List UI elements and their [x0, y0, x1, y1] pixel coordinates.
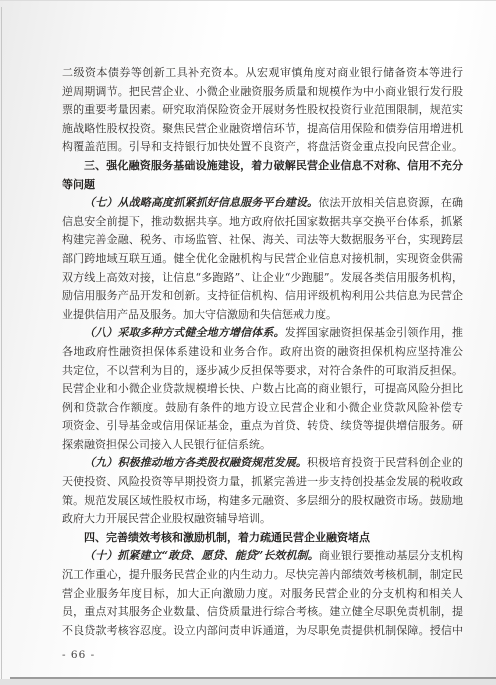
text-line: 探索融资担保公司接入人民银行征信系统。	[62, 436, 463, 455]
text-line: （八）采取多种方式健全地方增信体系。发挥国家融资担保基金引领作用，推动	[62, 324, 463, 343]
text-line: 沉工作重心，提升服务民营企业的内生动力。尽快完善内部绩效考核机制，制定民	[62, 566, 463, 585]
text-line: 四、完善绩效考核和激励机制，着力疏通民营企业融资堵点	[62, 529, 463, 548]
text-line: 例和贷款合作额度。鼓励有条件的地方设立民营企业和小微企业贷款风险补偿专	[62, 399, 463, 418]
paragraph-continuation: 二级资本债券等创新工具补充资本。从宏观审慎角度对商业银行储备资本等进行逆周期调节…	[62, 64, 463, 157]
text-line: 部门跨地域互联互通。健全优化金融机构与民营企业信息对接机制，实现资金供需	[62, 250, 463, 269]
text-line: 三、强化融资服务基础设施建设，着力破解民营企业信息不对称、信用不充分	[62, 157, 463, 176]
text-line: （十）抓紧建立“敢贷、愿贷、能贷”长效机制。商业银行要推动基层分支机构下	[62, 547, 463, 566]
text-line: 构覆盖范围。引导和支持银行加快处置不良资产，将盘活资金重点投向民营企业。	[62, 138, 463, 157]
text-line: 员，重点对其服务企业数量、信贷质量进行综合考核。建立健全尽职免责机制，提高	[62, 603, 463, 622]
text-line: 业提供信用产品及服务。加大守信激励和失信惩戒力度。	[62, 306, 463, 325]
lead-sentence: （八）采取多种方式健全地方增信体系。	[84, 326, 285, 339]
lead-sentence: （九）积极推动地方各类股权融资规范发展。	[84, 456, 307, 469]
lead-sentence: （七）从战略高度抓紧抓好信息服务平台建设。	[84, 196, 318, 209]
text-line: 等问题	[62, 176, 463, 195]
text-line: 各地政府性融资担保体系建设和业务合作。政府出资的融资担保机构应坚持准公	[62, 343, 463, 362]
lead-sentence: （十）抓紧建立“敢贷、愿贷、能贷”长效机制。	[84, 549, 319, 562]
page-number: - 66 -	[62, 646, 463, 664]
paragraph-9: （九）积极推动地方各类股权融资规范发展。积极培育投资于民营科创企业的天使投资、风…	[62, 454, 463, 528]
text-line: 施战略性股权投资。聚焦民营企业融资增信环节，提高信用保险和债券信用增进机	[62, 120, 463, 139]
text-line: 民营企业和小微企业贷款规模增长快、户数占比高的商业银行，可提高风险分担比	[62, 380, 463, 399]
text-line: 逆周期调节。把民营企业、小微企业融资服务质量和规模作为中小商业银行发行股	[62, 83, 463, 102]
page-left-edge-line	[1, 7, 2, 679]
text-line: （九）积极推动地方各类股权融资规范发展。积极培育投资于民营科创企业的	[62, 454, 463, 473]
text-line: 双方线上高效对接，让信息“多跑路”、让企业“少跑腿”。发展各类信用服务机构，鼓	[62, 269, 463, 288]
text-line: 励信用服务产品开发和创新。支持征信机构、信用评级机构利用公共信息为民营企	[62, 287, 463, 306]
text-line: 项资金、引导基金或信用保证基金，重点为首贷、转贷、续贷等提供增信服务。研究	[62, 417, 463, 436]
text-line: 政府大力开展民营企业股权融资辅导培训。	[62, 510, 463, 529]
section-heading-3: 三、强化融资服务基础设施建设，着力破解民营企业信息不对称、信用不充分等问题	[62, 157, 463, 194]
text-line: 构建完善金融、税务、市场监管、社保、海关、司法等大数据服务平台，实现跨层级跨	[62, 231, 463, 250]
section-heading-4: 四、完善绩效考核和激励机制，着力疏通民营企业融资堵点	[62, 529, 463, 548]
text-line: 信息安全前提下，推动数据共享。地方政府依托国家数据共享交换平台体系，抓紧	[62, 213, 463, 232]
text-line: 二级资本债券等创新工具补充资本。从宏观审慎角度对商业银行储备资本等进行	[62, 64, 463, 83]
scanned-document-page: 二级资本债券等创新工具补充资本。从宏观审慎角度对商业银行储备资本等进行逆周期调节…	[0, 0, 496, 685]
paragraph-10: （十）抓紧建立“敢贷、愿贷、能贷”长效机制。商业银行要推动基层分支机构下沉工作重…	[62, 547, 463, 640]
text-line: 不良贷款考核容忍度。设立内部问责申诉通道，为尽职免责提供机制保障。授信中	[62, 622, 463, 641]
text-line: 共定位，不以营利为目的，逐步减少反担保等要求，对符合条件的可取消反担保。对	[62, 362, 463, 381]
text-line: （七）从战略高度抓紧抓好信息服务平台建设。依法开放相关信息资源，在确保	[62, 194, 463, 213]
paragraph-8: （八）采取多种方式健全地方增信体系。发挥国家融资担保基金引领作用，推动各地政府性…	[62, 324, 463, 454]
paragraph-7: （七）从战略高度抓紧抓好信息服务平台建设。依法开放相关信息资源，在确保信息安全前…	[62, 194, 463, 324]
document-text: 二级资本债券等创新工具补充资本。从宏观审慎角度对商业银行储备资本等进行逆周期调节…	[62, 64, 463, 664]
text-line: 天使投资、风险投资等早期投资力量，抓紧完善进一步支持创投基金发展的税收政	[62, 473, 463, 492]
text-line: 营企业服务年度目标，加大正向激励力度。对服务民营企业的分支机构和相关人	[62, 585, 463, 604]
text-line: 策。规范发展区域性股权市场，构建多元融资、多层细分的股权融资市场。鼓励地方	[62, 492, 463, 511]
page-bottom-margin-strip	[0, 679, 496, 685]
text-line: 票的重要考量因素。研究取消保险资金开展财务性股权投资行业范围限制，规范实	[62, 101, 463, 120]
